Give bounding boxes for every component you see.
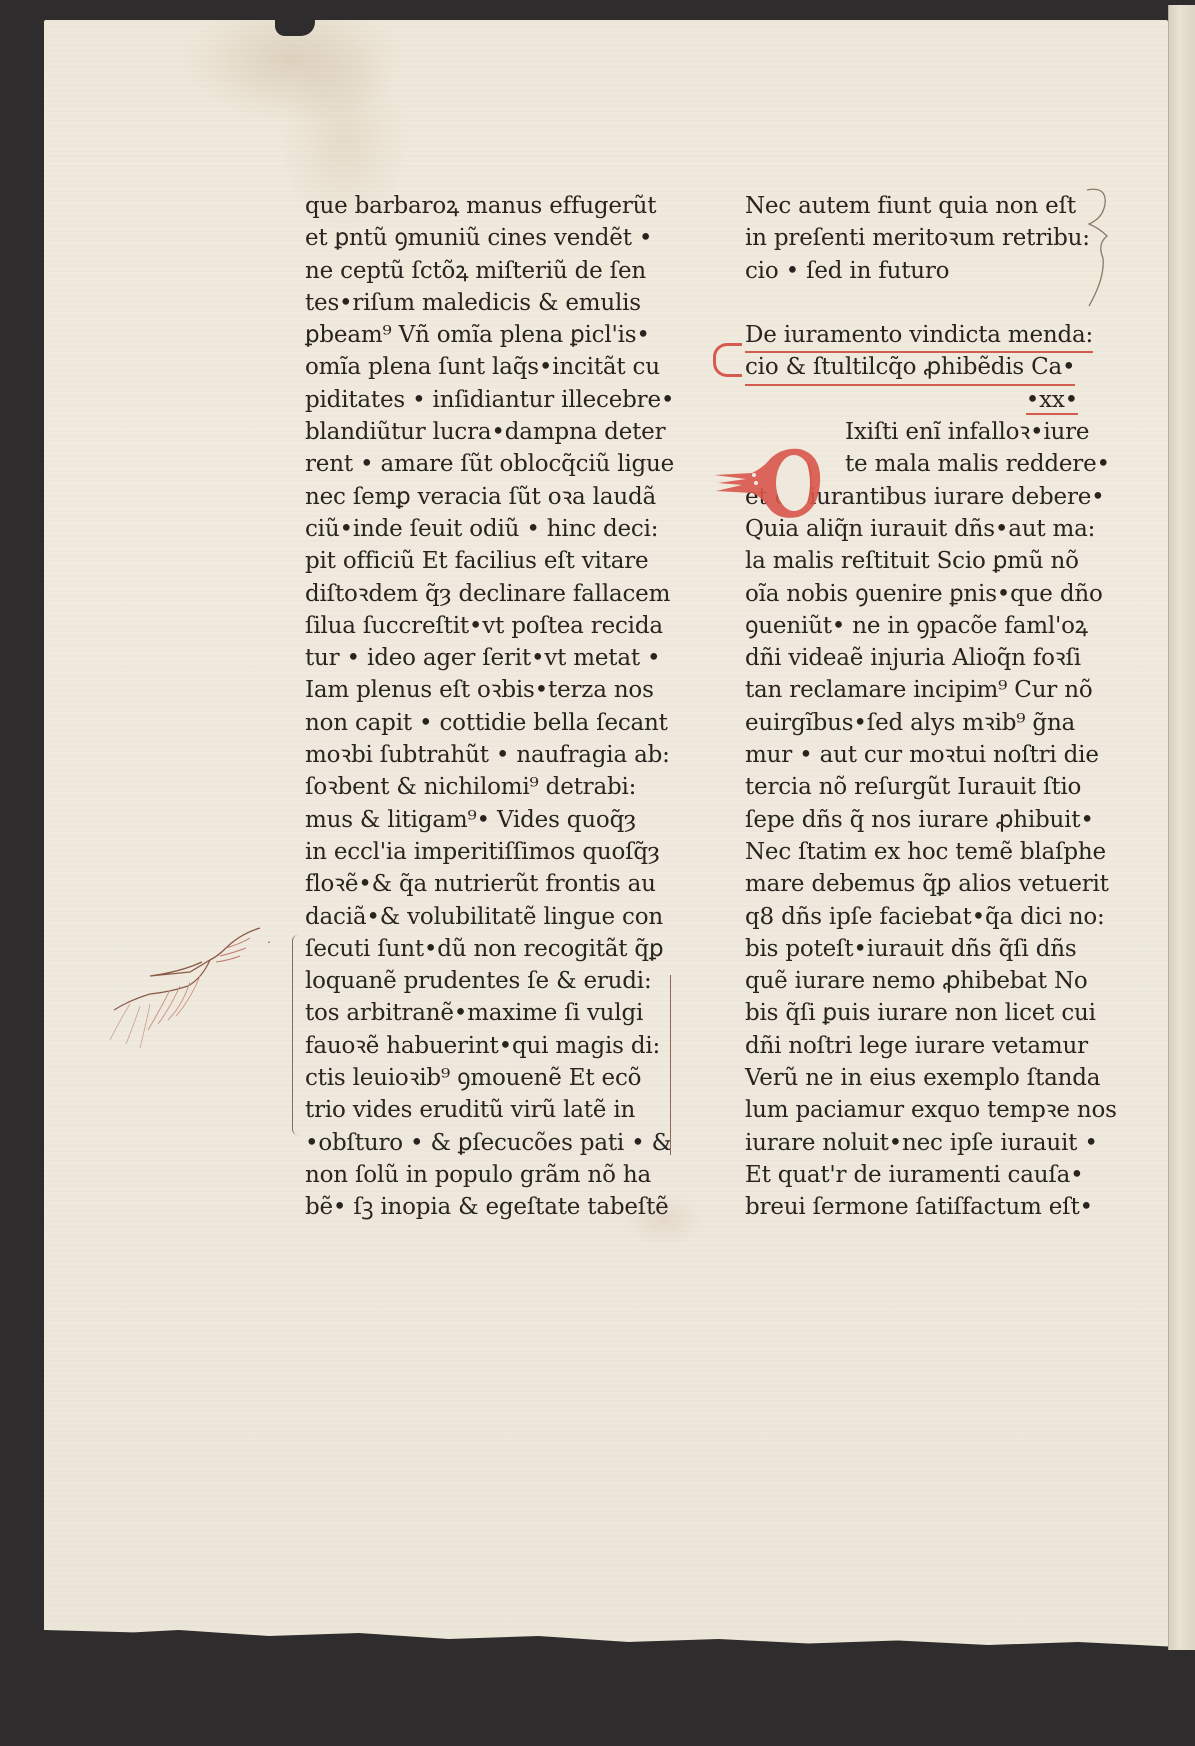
decorated-initial-d-icon [712,445,824,520]
chapter-number: •xx• [1026,387,1078,415]
text-line: ſilua ſuccreſtit•vt poſtea recida [305,610,665,642]
chapter-heading-text: De iuramento vindicta menda: [745,319,1093,353]
text-line: lum paciamur exquo tempꝛe nos [745,1094,1100,1126]
blank-line [745,287,1100,319]
text-line: diſtoꝛdem q̃ȝ declinare fallacem [305,578,665,610]
text-line: tan reclamare incipim⁹ Cur nõ [745,674,1100,706]
text-line: et ꝑntũ ꝯmuniũ cines vendẽt • [305,222,665,254]
text-line: fauoꝛẽ habuerint•qui magis di: [305,1030,665,1062]
text-line: mur • aut cur moꝛtui noſtri die [745,739,1100,771]
text-line: non capit • cottidie bella ſecant [305,707,665,739]
rubric-paragraph-mark [713,343,742,377]
text-line: cio • ſed in futuro [745,255,1100,287]
text-line: in preſenti meritoꝛum retribu: [745,222,1100,254]
text-line: ſecuti ſunt•dũ non recogitãt q̃ꝑ [305,933,665,965]
text-line: tos arbitranẽ•maxime ſi vulgi [305,997,665,1029]
text-line: piditates • inſidiantur illecebre• [305,384,665,416]
right-text-column: Nec autem fiunt quia non eſt in preſenti… [745,190,1100,1224]
text-line: euirgĩbus•ſed alys mꝛib⁹ g̃na [745,707,1100,739]
text-line: daciã•& volubilitatẽ lingue con [305,901,665,933]
text-line: nec ſemꝑ veracia ſũt oꝛa laudã [305,481,665,513]
text-line: tur • ideo ager ſerit•vt metat • [305,642,665,674]
text-line: ꝑbeam⁹ Vñ omĩa plena ꝑicl'is• [305,319,665,351]
text-line: Et quat'r de iuramenti cauſa• [745,1159,1100,1191]
text-line: moꝛbi ſubtrahũt • naufragia ab: [305,739,665,771]
text-line: tercia nõ reſurgũt Iurauit ſtio [745,771,1100,803]
text-line: quẽ iurare nemo ꝓhibebat No [745,965,1100,997]
next-leaf-edge [1168,5,1195,1650]
margin-scribble-icon [1085,188,1115,318]
text-line: bis poteſt•iurauit dñs q̃ſi dñs [745,933,1100,965]
margin-bracket-left [292,935,303,1135]
chapter-heading-text: cio & ſtultilcq̃o ꝓhibẽdis Ca• [745,351,1075,385]
text-line: omĩa plena ſunt laq̃s•incitãt cu [305,351,665,383]
text-line: Nec ſtatim ex hoc temẽ blaſphe [745,836,1100,868]
text-line: trio vides eruditũ virũ latẽ in [305,1094,665,1126]
text-line: tes•riſum maledicis & emulis [305,287,665,319]
text-line: oĩa nobis ꝯuenire ꝑnis•que dño [745,578,1100,610]
text-line: ctis leuioꝛib⁹ ꝯmouenẽ Et ecõ [305,1062,665,1094]
text-line: ꝯueniũt• ne in ꝯpacõe faml'oꝝ [745,610,1100,642]
text-line: Nec autem fiunt quia non eſt [745,190,1100,222]
text-line: breui ſermone ſatiſfactum eſt• [745,1191,1100,1223]
text-line: floꝛẽ•& q̃a nutrierũt frontis au [305,868,665,900]
text-line: iurare noluit•nec ipſe iurauit • [745,1127,1100,1159]
text-line: dñi noſtri lege iurare vetamur [745,1030,1100,1062]
text-line: Ixiſti enĩ infalloꝛ•iure [745,416,1100,448]
chapter-number-line: •xx• [745,384,1100,416]
text-line: Verũ ne in eius exemplo ſtanda [745,1062,1100,1094]
margin-bracket-right [662,975,671,1155]
chapter-heading-line-1: De iuramento vindicta menda: [745,319,1100,351]
text-line: in eccl'ia imperitiſſimos quoſq̃ȝ [305,836,665,868]
margin-bird-sketch-icon [90,920,270,1070]
text-line: pit officiũ Et facilius eſt vitare [305,545,665,577]
text-line: q8 dñs ipſe faciebat•q̃a dici no: [745,901,1100,933]
text-line: ne ceptũ ſctõꝝ miſteriũ de ſen [305,255,665,287]
text-line: mare debemus q̃ꝑ alios vetuerit [745,868,1100,900]
chapter-heading-line-2: cio & ſtultilcq̃o ꝓhibẽdis Ca• [745,351,1100,383]
text-line: •obſturo • & ꝑſecucões pati • & [305,1127,665,1159]
left-text-column: que barbaroꝝ manus effugerũt et ꝑntũ ꝯmu… [305,190,665,1224]
text-line: la malis reſtituit Scio ꝑmũ nõ [745,545,1100,577]
text-line: ſoꝛbent & nichilomi⁹ detrabi: [305,771,665,803]
text-line: bis q̃ſi ꝑuis iurare non licet cui [745,997,1100,1029]
text-line: bẽ• ſꝫ inopia & egeſtate tabeſtẽ [305,1191,665,1223]
text-line: que barbaroꝝ manus effugerũt [305,190,665,222]
text-line: blandiũtur lucra•dampna deter [305,416,665,448]
text-line: mus & litigam⁹• Vides quoq̃ȝ [305,804,665,836]
text-line: ſepe dñs q̃ nos iurare ꝓhibuit• [745,804,1100,836]
text-line: Iam plenus eſt oꝛbis•terza nos [305,674,665,706]
text-line: loquanẽ prudentes ſe & erudi: [305,965,665,997]
text-line: non ſolũ in populo grãm nõ ha [305,1159,665,1191]
text-line: dñi videaẽ injuria Alioq̃n foꝛſi [745,642,1100,674]
text-line: ciũ•inde ſeuit odiũ • hinc deci: [305,513,665,545]
text-line: rent • amare ſũt oblocq̃ciũ ligue [305,448,665,480]
